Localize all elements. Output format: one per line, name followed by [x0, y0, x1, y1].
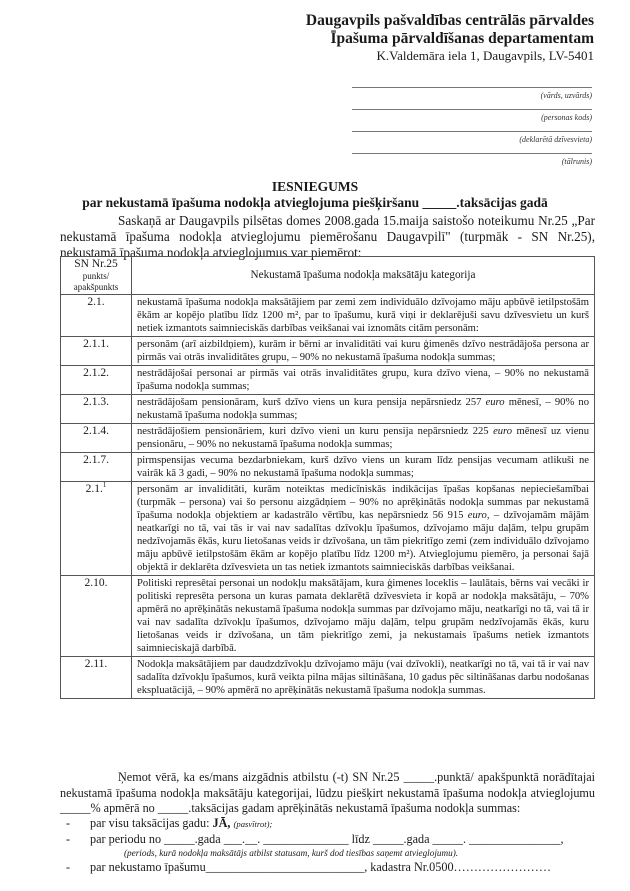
option-period[interactable]: - par periodu no _____.gada ___.__. ____… — [66, 832, 606, 847]
applicant-name-field[interactable]: (vārds, uzvārds) — [352, 87, 592, 101]
dash: - — [66, 860, 70, 875]
period-text[interactable]: par periodu no _____.gada ___.__. ______… — [90, 832, 564, 846]
field-caption: (vārds, uzvārds) — [352, 91, 592, 101]
field-caption: (deklarētā dzīvesvieta) — [352, 135, 592, 145]
options-list: - par visu taksācijas gadu: JĀ, (pasvītr… — [66, 816, 606, 875]
option-full-year[interactable]: - par visu taksācijas gadu: JĀ, (pasvītr… — [66, 816, 606, 832]
input-line — [352, 87, 592, 88]
row-category-text: pirmspensijas vecuma bezdarbniekam, kurš… — [132, 453, 595, 482]
row-category-text: nestrādājošai personai ar pirmās vai otr… — [132, 366, 595, 395]
row-category-text: Nodokļa maksātājiem par daudzdzīvokļu dz… — [132, 657, 595, 699]
table-row: 2.1.4.nestrādājošiem pensionāriem, kuri … — [61, 424, 595, 453]
input-line — [352, 131, 592, 132]
row-category-text: Politiski represētai personai un nodokļu… — [132, 576, 595, 657]
row-category-text: personām (arī aizbildņiem), kurām ir bēr… — [132, 337, 595, 366]
row-point: 2.1.1. — [61, 337, 132, 366]
point-number: 2.1.2. — [83, 367, 109, 379]
table-header-row: SN Nr.25 punkts/ apakšpunkts Nekustamā ī… — [61, 257, 595, 295]
table-row: 2.1.nekustamā īpašuma nodokļa maksātājie… — [61, 295, 595, 337]
category-table: SN Nr.25 punkts/ apakšpunkts Nekustamā ī… — [60, 256, 595, 699]
point-number: 2.11. — [85, 658, 108, 670]
row-point: 2.10. — [61, 576, 132, 657]
row-category-text: personām ar invaliditāti, kurām noteikta… — [132, 482, 595, 576]
intro-paragraph: Saskaņā ar Daugavpils pilsētas domes 200… — [60, 213, 595, 261]
request-paragraph: Ņemot vērā, ka es/mans aizgādnis atbilst… — [60, 770, 595, 817]
field-caption: (tālrunis) — [352, 157, 592, 167]
property-text[interactable]: par nekustamo īpašumu___________________… — [90, 860, 551, 874]
point-number: 2.10. — [85, 577, 108, 589]
table-row: 2.10.Politiski represētai personai un no… — [61, 576, 595, 657]
row-point: 2.1.2. — [61, 366, 132, 395]
table-row: 2.1.3.nestrādājošam pensionāram, kurš dz… — [61, 395, 595, 424]
dash: - — [66, 832, 70, 847]
point-superscript: 1 — [103, 481, 107, 489]
row-point: 2.1. — [61, 295, 132, 337]
table-row: 2.1.1personām ar invaliditāti, kurām not… — [61, 482, 595, 576]
header-point-line3: apakšpunkts — [66, 282, 126, 293]
point-number: 2.1.1. — [83, 338, 109, 350]
table-row: 2.1.7.pirmspensijas vecuma bezdarbniekam… — [61, 453, 595, 482]
point-number: 2.1. — [87, 296, 104, 308]
input-line — [352, 109, 592, 110]
document-title: IESNIEGUMS — [0, 179, 630, 195]
request-text: Ņemot vērā, ka es/mans aizgādnis atbilst… — [60, 770, 595, 815]
recipient-address: K.Valdemāra iela 1, Daugavpils, LV-5401 — [377, 48, 594, 64]
point-number: 2.1.3. — [83, 396, 109, 408]
option-property[interactable]: - par nekustamo īpašumu_________________… — [66, 860, 606, 875]
row-category-text: nestrādājošiem pensionāriem, kuri dzīvo … — [132, 424, 595, 453]
row-point: 2.11. — [61, 657, 132, 699]
document-subtitle: par nekustamā īpašuma nodokļa atviegloju… — [0, 195, 630, 211]
row-point: 2.1.3. — [61, 395, 132, 424]
row-point: 2.1.7. — [61, 453, 132, 482]
full-year-label: par visu taksācijas gadu: — [90, 816, 209, 830]
header-point-line2: punkts/ — [66, 271, 126, 282]
table-row: 2.11.Nodokļa maksātājiem par daudzdzīvok… — [61, 657, 595, 699]
applicant-phone-field[interactable]: (tālrunis) — [352, 153, 592, 167]
header-point-line1: SN Nr.25 — [66, 258, 126, 271]
recipient-organization: Daugavpils pašvaldības centrālās pārvald… — [306, 12, 594, 30]
field-caption: (personas kods) — [352, 113, 592, 123]
header-category: Nekustamā īpašuma nodokļa maksātāju kate… — [132, 257, 595, 295]
row-category-text: nestrādājošam pensionāram, kurš dzīvo vi… — [132, 395, 595, 424]
row-point: 2.1.1 — [61, 482, 132, 576]
row-category-text: nekustamā īpašuma nodokļa maksātājiem pa… — [132, 295, 595, 337]
full-year-hint: (pasvītrot); — [234, 819, 273, 829]
intro-text: Saskaņā ar Daugavpils pilsētas domes 200… — [60, 213, 595, 260]
applicant-address-field[interactable]: (deklarētā dzīvesvieta) — [352, 131, 592, 145]
table-row: 2.1.2.nestrādājošai personai ar pirmās v… — [61, 366, 595, 395]
header-point: SN Nr.25 punkts/ apakšpunkts — [61, 257, 132, 295]
point-number: 2.1.7. — [83, 454, 109, 466]
recipient-department: Īpašuma pārvaldīšanas departamentam — [330, 30, 594, 48]
full-year-value[interactable]: JĀ, — [213, 816, 231, 830]
point-number: 2.1.4. — [83, 425, 109, 437]
table-row: 2.1.1.personām (arī aizbildņiem), kurām … — [61, 337, 595, 366]
applicant-personal-code-field[interactable]: (personas kods) — [352, 109, 592, 123]
input-line — [352, 153, 592, 154]
dash: - — [66, 816, 70, 831]
point-number: 2.1. — [86, 483, 103, 495]
period-note: (periods, kurā nodokļa maksātājs atbilst… — [66, 847, 606, 860]
row-point: 2.1.4. — [61, 424, 132, 453]
